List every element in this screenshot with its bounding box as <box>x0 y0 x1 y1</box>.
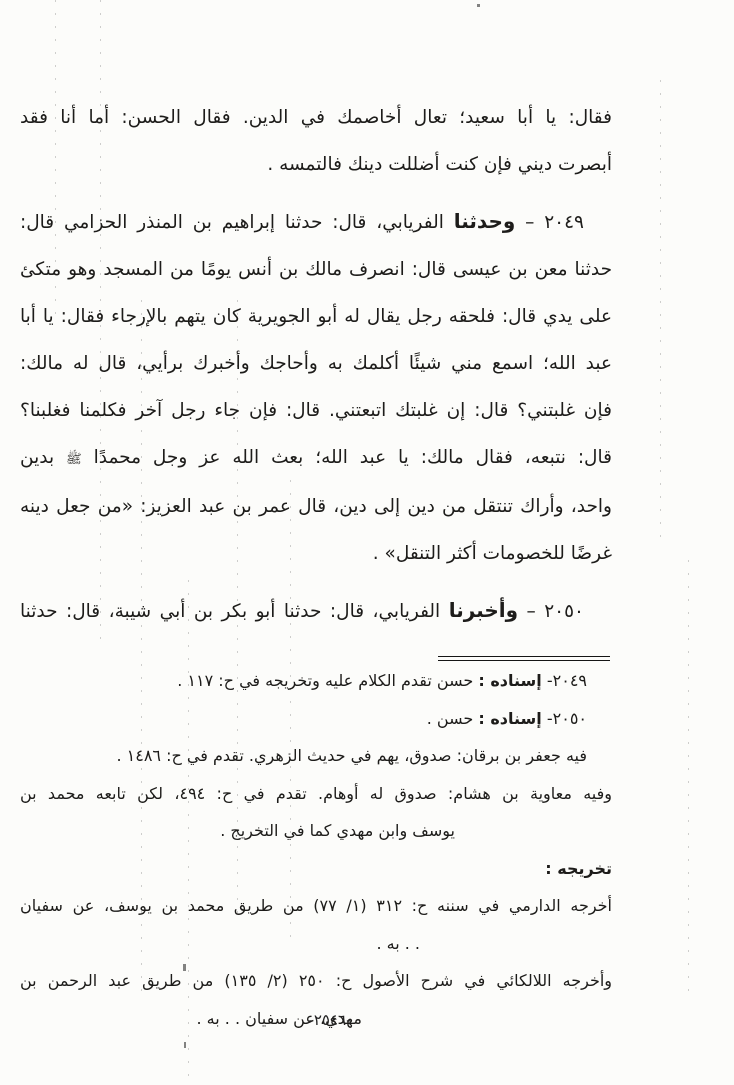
footnote-number: ٢٠٤٩- <box>547 671 587 690</box>
footnote-line: وأخرجه اللالكائي في شرح الأصول ح: ٢٥٠ (٢… <box>20 962 612 1000</box>
hadith-number: ٢٠٥٠ <box>544 601 584 622</box>
footnote-text: حسن . <box>427 709 474 728</box>
footnote-line: ٢٠٤٩- إسناده : حسن تقدم الكلام عليه وتخر… <box>20 662 612 700</box>
body-line: قال: نتبعه، فقال مالك: يا عبد الله؛ بعث … <box>20 434 612 483</box>
footnote-line: وفيه معاوية بن هشام: صدوق له أوهام. تقدم… <box>20 775 612 813</box>
body-line: على يدي قال: فلحقه رجل يقال له أبو الجوي… <box>20 293 612 340</box>
body-text: بدين <box>20 447 54 468</box>
takhrij-heading: تخريجه : <box>20 850 612 888</box>
footnote-line: فيه جعفر بن برقان: صدوق، يهم في حديث الز… <box>20 737 612 775</box>
body-text: قال: نتبعه، فقال مالك: يا عبد الله؛ بعث … <box>94 447 612 468</box>
hadith-text: الفريابي، قال: حدثنا أبو بكر بن أبي شيبة… <box>20 601 440 622</box>
scan-speck <box>184 1042 186 1048</box>
footnote-text: حسن تقدم الكلام عليه وتخريجه في ح: ١١٧ . <box>177 671 473 690</box>
hadith-text: الفريابي، قال: حدثنا إبراهيم بن المنذر ا… <box>20 212 444 233</box>
page-number: -٢٥٤٦- <box>20 1011 640 1029</box>
body-line: غرضًا للخصومات أكثر التنقل» . <box>20 530 612 577</box>
footnote-line: . . به . <box>20 925 612 963</box>
footnote-line: يوسف وابن مهدي كما في التخريج . <box>20 812 612 850</box>
footnote-line: ٢٠٥٠- إسناده : حسن . <box>20 700 612 738</box>
salla-allahu-alayhi-wasallam-symbol: ﷺ <box>66 452 82 467</box>
hadith-first-line: ٢٠٤٩ – وحدثنا الفريابي، قال: حدثنا إبراه… <box>20 198 612 246</box>
body-line: أبصرت ديني فإن كنت أضللت دينك فالتمسه . <box>20 141 612 188</box>
dash: – <box>527 601 536 622</box>
hadith-opening-word: وأخبرنا <box>449 598 518 622</box>
footnotes: ٢٠٤٩- إسناده : حسن تقدم الكلام عليه وتخر… <box>20 662 612 1037</box>
hadith-2049: ٢٠٤٩ – وحدثنا الفريابي، قال: حدثنا إبراه… <box>20 198 612 577</box>
isnad-label: إسناده : <box>478 709 541 728</box>
body-line: عبد الله؛ اسمع مني شيئًا أكلمك به وأحاجك… <box>20 340 612 387</box>
footnote-line: أخرجه الدارمي في سننه ح: ٣١٢ (١/ ٧٧) من … <box>20 887 612 925</box>
hadith-2050: ٢٠٥٠ – وأخبرنا الفريابي، قال: حدثنا أبو … <box>20 587 612 635</box>
hadith-opening-word: وحدثنا <box>454 209 516 233</box>
scan-speck <box>477 4 480 7</box>
scan-streak <box>688 560 689 1000</box>
isnad-label: إسناده : <box>478 671 541 690</box>
dash: – <box>525 212 534 233</box>
hadith-number: ٢٠٤٩ <box>544 212 584 233</box>
scan-streak <box>660 80 661 540</box>
main-text: فقال: يا أبا سعيد؛ تعال أخاصمك في الدين.… <box>20 94 612 635</box>
body-line: واحد، وأراك تنتقل من دين إلى دين، قال عم… <box>20 483 612 530</box>
hadith-first-line: ٢٠٥٠ – وأخبرنا الفريابي، قال: حدثنا أبو … <box>20 587 612 635</box>
footnote-separator <box>438 656 610 661</box>
scanned-page: فقال: يا أبا سعيد؛ تعال أخاصمك في الدين.… <box>0 0 734 1085</box>
footnote-number: ٢٠٥٠- <box>547 709 587 728</box>
body-line: فقال: يا أبا سعيد؛ تعال أخاصمك في الدين.… <box>20 94 612 141</box>
body-line: حدثنا معن بن عيسى قال: انصرف مالك بن أنس… <box>20 246 612 293</box>
body-line: فإن غلبتني؟ قال: إن غلبتك اتبعتني. قال: … <box>20 387 612 434</box>
